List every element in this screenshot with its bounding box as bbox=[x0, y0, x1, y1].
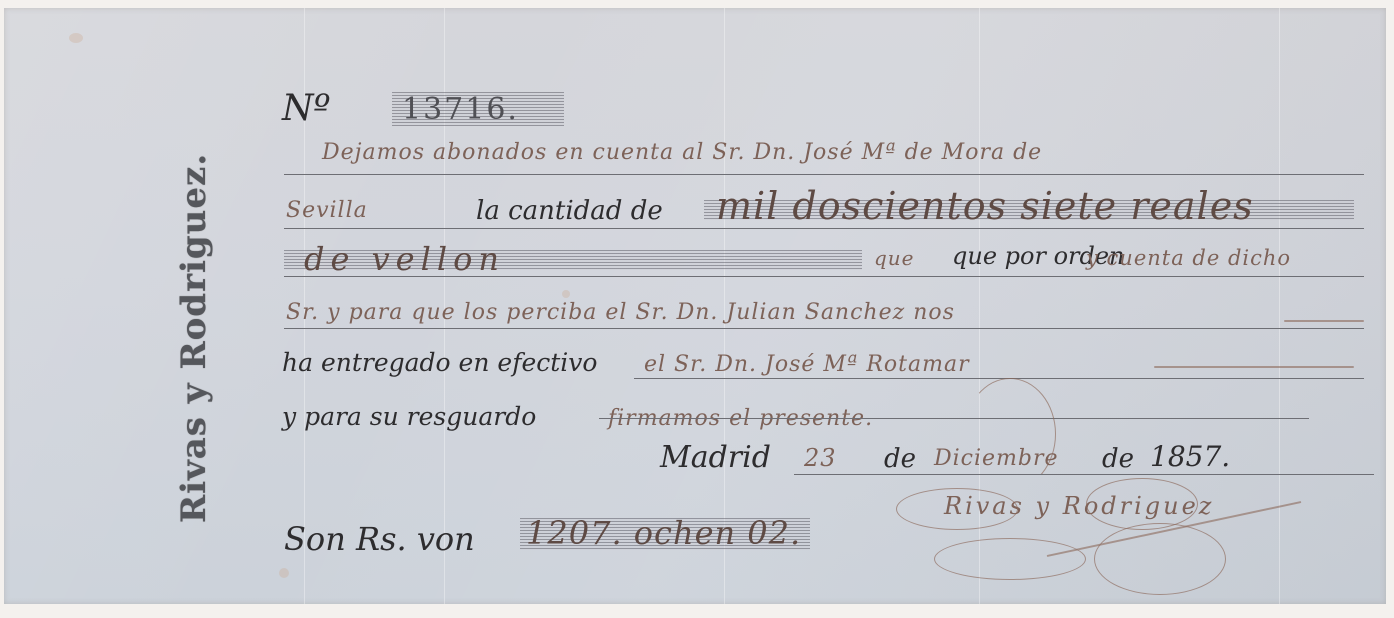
stain bbox=[562, 290, 570, 298]
amount-words-2: de vellon bbox=[304, 240, 505, 278]
date-month: Diciembre bbox=[934, 446, 1059, 471]
stain bbox=[69, 33, 83, 43]
rule-line6 bbox=[599, 418, 1309, 419]
line2-printed: la cantidad de bbox=[476, 196, 663, 226]
line1-hand: Dejamos abonados en cuenta al Sr. Dn. Jo… bbox=[322, 140, 1042, 165]
date-day: 23 bbox=[804, 444, 837, 472]
rule-line4 bbox=[284, 328, 1364, 329]
fill-stroke bbox=[1154, 366, 1354, 368]
receipt-paper: Rivas y Rodriguez. Nº 13716. Dejamos abo… bbox=[4, 8, 1386, 604]
line3-que: que bbox=[874, 246, 915, 270]
date-year: 1857. bbox=[1150, 440, 1230, 473]
line2-place: Sevilla bbox=[286, 198, 368, 223]
amount-label: Son Rs. von bbox=[284, 520, 475, 558]
date-place: Madrid bbox=[660, 440, 771, 475]
rule-line1 bbox=[284, 174, 1364, 175]
rule-line2 bbox=[284, 228, 1364, 229]
number-label: Nº bbox=[282, 88, 330, 129]
fill-stroke bbox=[1284, 320, 1364, 322]
signature-loop bbox=[934, 538, 1086, 580]
line5-printed: ha entregado en efectivo bbox=[282, 348, 597, 377]
signature-loop bbox=[1086, 478, 1198, 530]
date-de-2: de bbox=[1102, 444, 1134, 474]
amount-figure: 1207. ochen 02. bbox=[526, 514, 801, 552]
amount-words-1: mil doscientos siete reales bbox=[716, 184, 1254, 228]
receipt-number: 13716. bbox=[402, 92, 519, 127]
rule-date bbox=[794, 474, 1374, 475]
signature-loop bbox=[896, 488, 1018, 530]
fold-line bbox=[1279, 8, 1280, 604]
signature-loop bbox=[1094, 523, 1226, 595]
line5-hand: el Sr. Dn. José Mª Rotamar bbox=[644, 352, 970, 377]
stain bbox=[279, 568, 289, 578]
line6-printed: y para su resguardo bbox=[282, 402, 536, 431]
line3-hand: y cuenta de dicho bbox=[1086, 246, 1291, 270]
firm-name-vertical: Rivas y Rodriguez. bbox=[124, 148, 264, 528]
rule-line3 bbox=[284, 276, 1364, 277]
line4-hand: Sr. y para que los perciba el Sr. Dn. Ju… bbox=[286, 300, 955, 325]
date-de-1: de bbox=[884, 444, 916, 474]
